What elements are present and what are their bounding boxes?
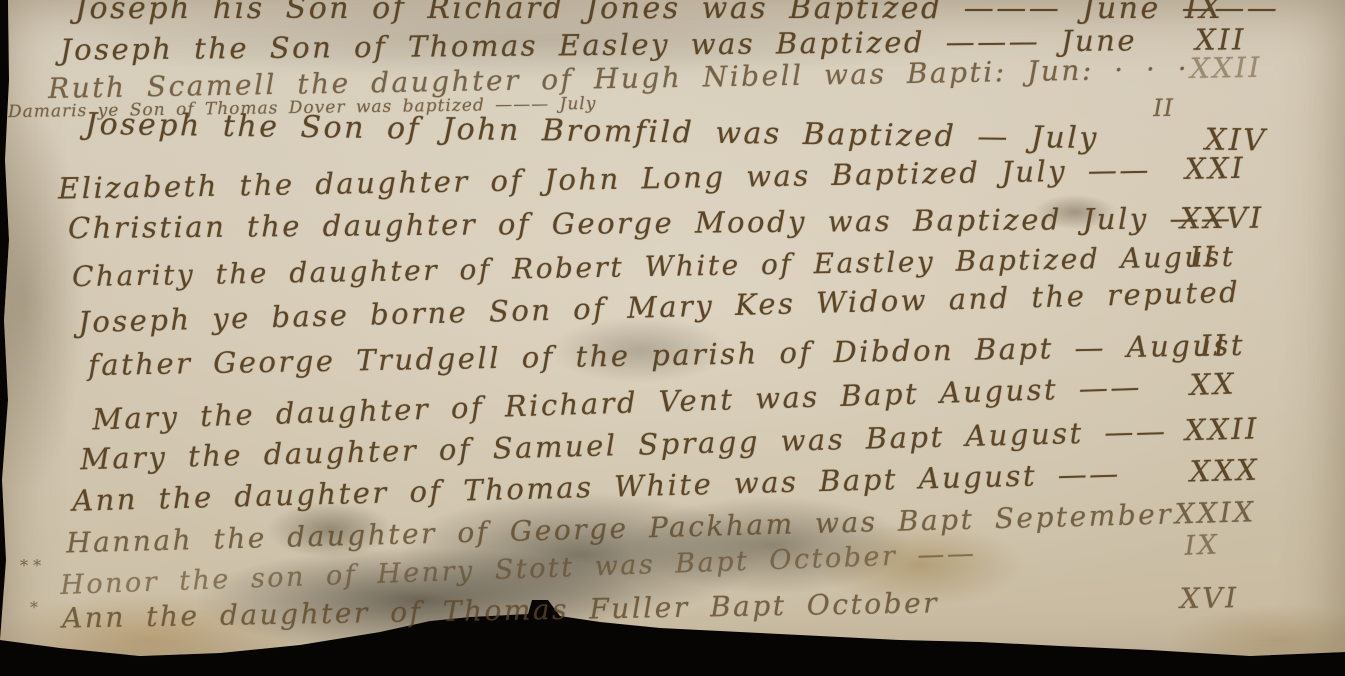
entry-day-numeral: XX [1189,367,1236,402]
entry-day-numeral: XXI [1185,151,1246,186]
entry-day-numeral: II [1190,240,1218,273]
entry-day-numeral: XXVI [1180,201,1264,236]
entry-day-numeral: XXX [1189,453,1259,489]
margin-mark: * [30,598,38,617]
entry-day-numeral: II [1153,94,1174,122]
margin-mark: * * [20,556,41,575]
entry-day-numeral: II [1200,328,1229,362]
entry-day-numeral: XXII [1184,411,1259,447]
entry-day-numeral: XXIX [1174,495,1256,530]
register-entry: Joseph his Son of Richard Jones was Bapt… [75,0,1279,26]
photograph: Joseph his Son of Richard Jones was Bapt… [0,0,1345,676]
entry-day-numeral: XVI [1180,581,1239,615]
entry-text: Joseph his Son of Richard Jones was Bapt… [75,0,1279,26]
entry-day-numeral: XXII [1190,51,1263,85]
entry-day-numeral: IX [1184,530,1220,562]
